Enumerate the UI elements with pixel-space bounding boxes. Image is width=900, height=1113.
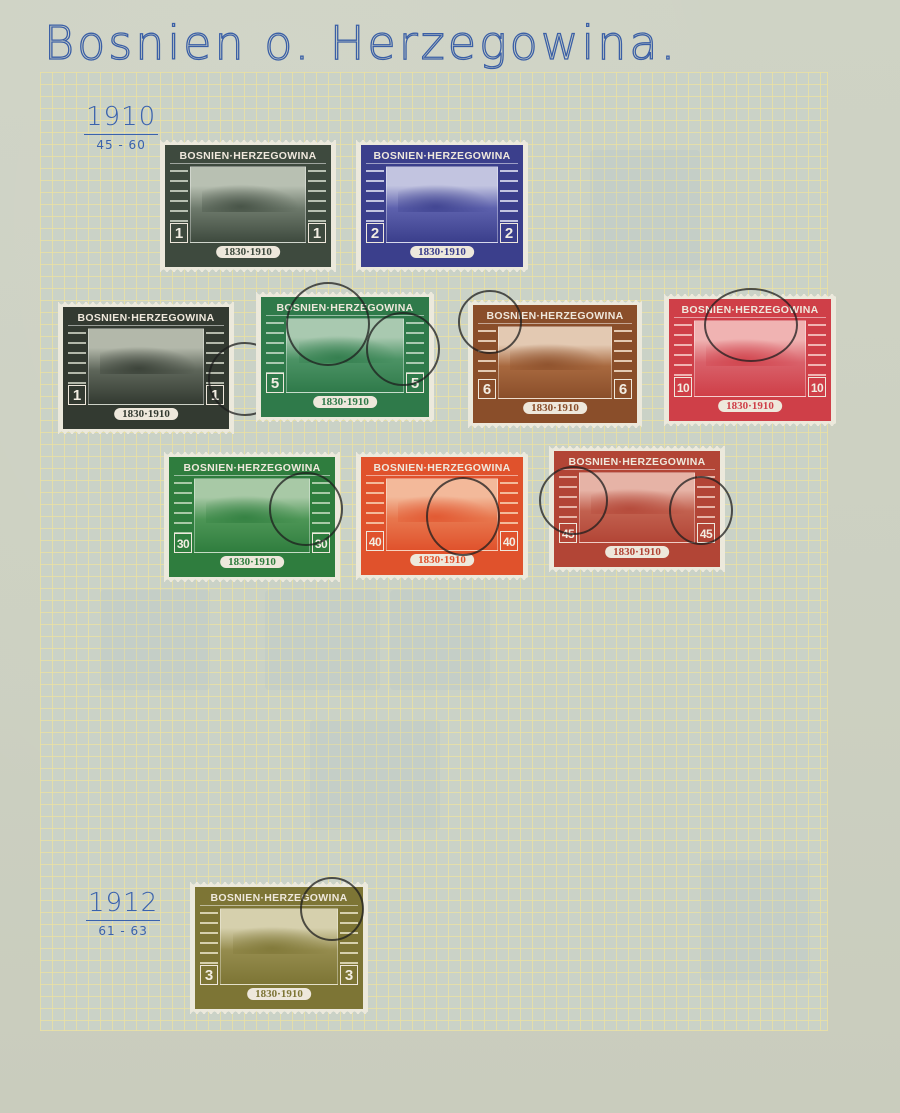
stamp-footer: 1830·1910 [68, 409, 224, 424]
stamp-landscape-image [579, 472, 695, 543]
stamp-design: BOSNIEN·HERZEGOWINA 1 1 1830·1910 [165, 145, 331, 267]
stamp-shadow [390, 590, 490, 690]
stamp-shadow [265, 590, 380, 690]
stamp-header: BOSNIEN·HERZEGOWINA [200, 892, 358, 906]
stamp-value-left: 1 [170, 223, 188, 243]
stamp-footer: 1830·1910 [478, 403, 632, 418]
stamp-design: BOSNIEN·HERZEGOWINA 45 45 1830·1910 [554, 451, 720, 567]
stamp-value-left: 5 [266, 373, 284, 393]
stamp-value-right: 10 [808, 377, 826, 397]
stamp-value-left: 40 [366, 531, 384, 551]
stamp-value-right: 6 [614, 379, 632, 399]
stamp-footer: 1830·1910 [200, 989, 358, 1004]
stamp-shadow [590, 150, 700, 270]
stamp: BOSNIEN·HERZEGOWINA 6 6 1830·1910 [468, 300, 642, 428]
stamp-shadow [700, 860, 810, 980]
stamp-design: BOSNIEN·HERZEGOWINA 3 3 1830·1910 [195, 887, 363, 1009]
stamp-value-right: 1 [206, 385, 224, 405]
stamp-landscape-image [194, 478, 310, 553]
stamp: BOSNIEN·HERZEGOWINA 40 40 1830·1910 [356, 452, 528, 580]
stamp-dates: 1830·1910 [605, 546, 669, 558]
stamp-design: BOSNIEN·HERZEGOWINA 6 6 1830·1910 [473, 305, 637, 423]
stamp-value-right: 3 [340, 965, 358, 985]
stamp-dates: 1830·1910 [247, 988, 311, 1000]
stamp-design: BOSNIEN·HERZEGOWINA 10 10 1830·1910 [669, 299, 831, 421]
stamp-header: BOSNIEN·HERZEGOWINA [174, 462, 330, 476]
stamp-footer: 1830·1910 [266, 397, 424, 412]
stamp-landscape-image [694, 320, 806, 397]
stamp-footer: 1830·1910 [366, 247, 518, 262]
stamp-design: BOSNIEN·HERZEGOWINA 2 2 1830·1910 [361, 145, 523, 267]
stamp-header: BOSNIEN·HERZEGOWINA [266, 302, 424, 316]
stamp-dates: 1830·1910 [313, 396, 377, 408]
stamp-dates: 1830·1910 [220, 556, 284, 568]
stamp-value-left: 10 [674, 377, 692, 397]
stamp-value-left: 45 [559, 523, 577, 543]
stamp-footer: 1830·1910 [559, 547, 715, 562]
stamp-footer: 1830·1910 [170, 247, 326, 262]
catalog-range: 45 - 60 [84, 138, 158, 152]
stamp: BOSNIEN·HERZEGOWINA 1 1 1830·1910 [160, 140, 336, 272]
stamp-footer: 1830·1910 [366, 555, 518, 570]
stamp: BOSNIEN·HERZEGOWINA 3 3 1830·1910 [190, 882, 368, 1014]
stamp-header: BOSNIEN·HERZEGOWINA [478, 310, 632, 324]
stamp-design: BOSNIEN·HERZEGOWINA 30 30 1830·1910 [169, 457, 335, 577]
stamp-value-left: 1 [68, 385, 86, 405]
stamp-shadow [310, 720, 440, 830]
stamp-footer: 1830·1910 [674, 401, 826, 416]
stamp-header: BOSNIEN·HERZEGOWINA [170, 150, 326, 164]
stamp-landscape-image [386, 166, 498, 243]
year-label-1912: 1912 61 - 63 [86, 888, 160, 938]
year: 1912 [86, 888, 160, 921]
stamp-value-right: 30 [312, 533, 330, 553]
stamp-header: BOSNIEN·HERZEGOWINA [366, 150, 518, 164]
stamp-landscape-image [498, 326, 612, 399]
stamp-landscape-image [190, 166, 306, 243]
stamp-value-left: 3 [200, 965, 218, 985]
stamp-value-right: 45 [697, 523, 715, 543]
stamp-header: BOSNIEN·HERZEGOWINA [366, 462, 518, 476]
stamp-footer: 1830·1910 [174, 557, 330, 572]
album-page: Bosnien o. Herzegowina. 1910 45 - 60 191… [0, 0, 900, 1113]
stamp-design: BOSNIEN·HERZEGOWINA 40 40 1830·1910 [361, 457, 523, 575]
stamp-dates: 1830·1910 [114, 408, 178, 420]
stamp-value-left: 6 [478, 379, 496, 399]
stamp-value-right: 40 [500, 531, 518, 551]
stamp-landscape-image [88, 328, 204, 405]
stamp-value-right: 2 [500, 223, 518, 243]
stamp-value-left: 30 [174, 533, 192, 553]
stamp-value-left: 2 [366, 223, 384, 243]
stamp-landscape-image [286, 318, 404, 393]
stamp-value-right: 1 [308, 223, 326, 243]
stamp-design: BOSNIEN·HERZEGOWINA 5 5 1830·1910 [261, 297, 429, 417]
catalog-range: 61 - 63 [86, 924, 160, 938]
stamp: BOSNIEN·HERZEGOWINA 30 30 1830·1910 [164, 452, 340, 582]
stamp-header: BOSNIEN·HERZEGOWINA [68, 312, 224, 326]
stamp-dates: 1830·1910 [523, 402, 587, 414]
stamp: BOSNIEN·HERZEGOWINA 10 10 1830·1910 [664, 294, 836, 426]
stamp-dates: 1830·1910 [410, 246, 474, 258]
stamp-shadow [100, 590, 210, 690]
year: 1910 [84, 102, 158, 135]
stamp: BOSNIEN·HERZEGOWINA 2 2 1830·1910 [356, 140, 528, 272]
stamp-header: BOSNIEN·HERZEGOWINA [674, 304, 826, 318]
stamp: BOSNIEN·HERZEGOWINA 1 1 1830·1910 [58, 302, 234, 434]
stamp: BOSNIEN·HERZEGOWINA 45 45 1830·1910 [549, 446, 725, 572]
stamp-dates: 1830·1910 [216, 246, 280, 258]
year-label-1910: 1910 45 - 60 [84, 102, 158, 152]
stamp-dates: 1830·1910 [410, 554, 474, 566]
stamp-dates: 1830·1910 [718, 400, 782, 412]
stamp: BOSNIEN·HERZEGOWINA 5 5 1830·1910 [256, 292, 434, 422]
page-title: Bosnien o. Herzegowina. [44, 16, 678, 70]
stamp-landscape-image [386, 478, 498, 551]
stamp-header: BOSNIEN·HERZEGOWINA [559, 456, 715, 470]
stamp-design: BOSNIEN·HERZEGOWINA 1 1 1830·1910 [63, 307, 229, 429]
stamp-value-right: 5 [406, 373, 424, 393]
stamp-landscape-image [220, 908, 338, 985]
